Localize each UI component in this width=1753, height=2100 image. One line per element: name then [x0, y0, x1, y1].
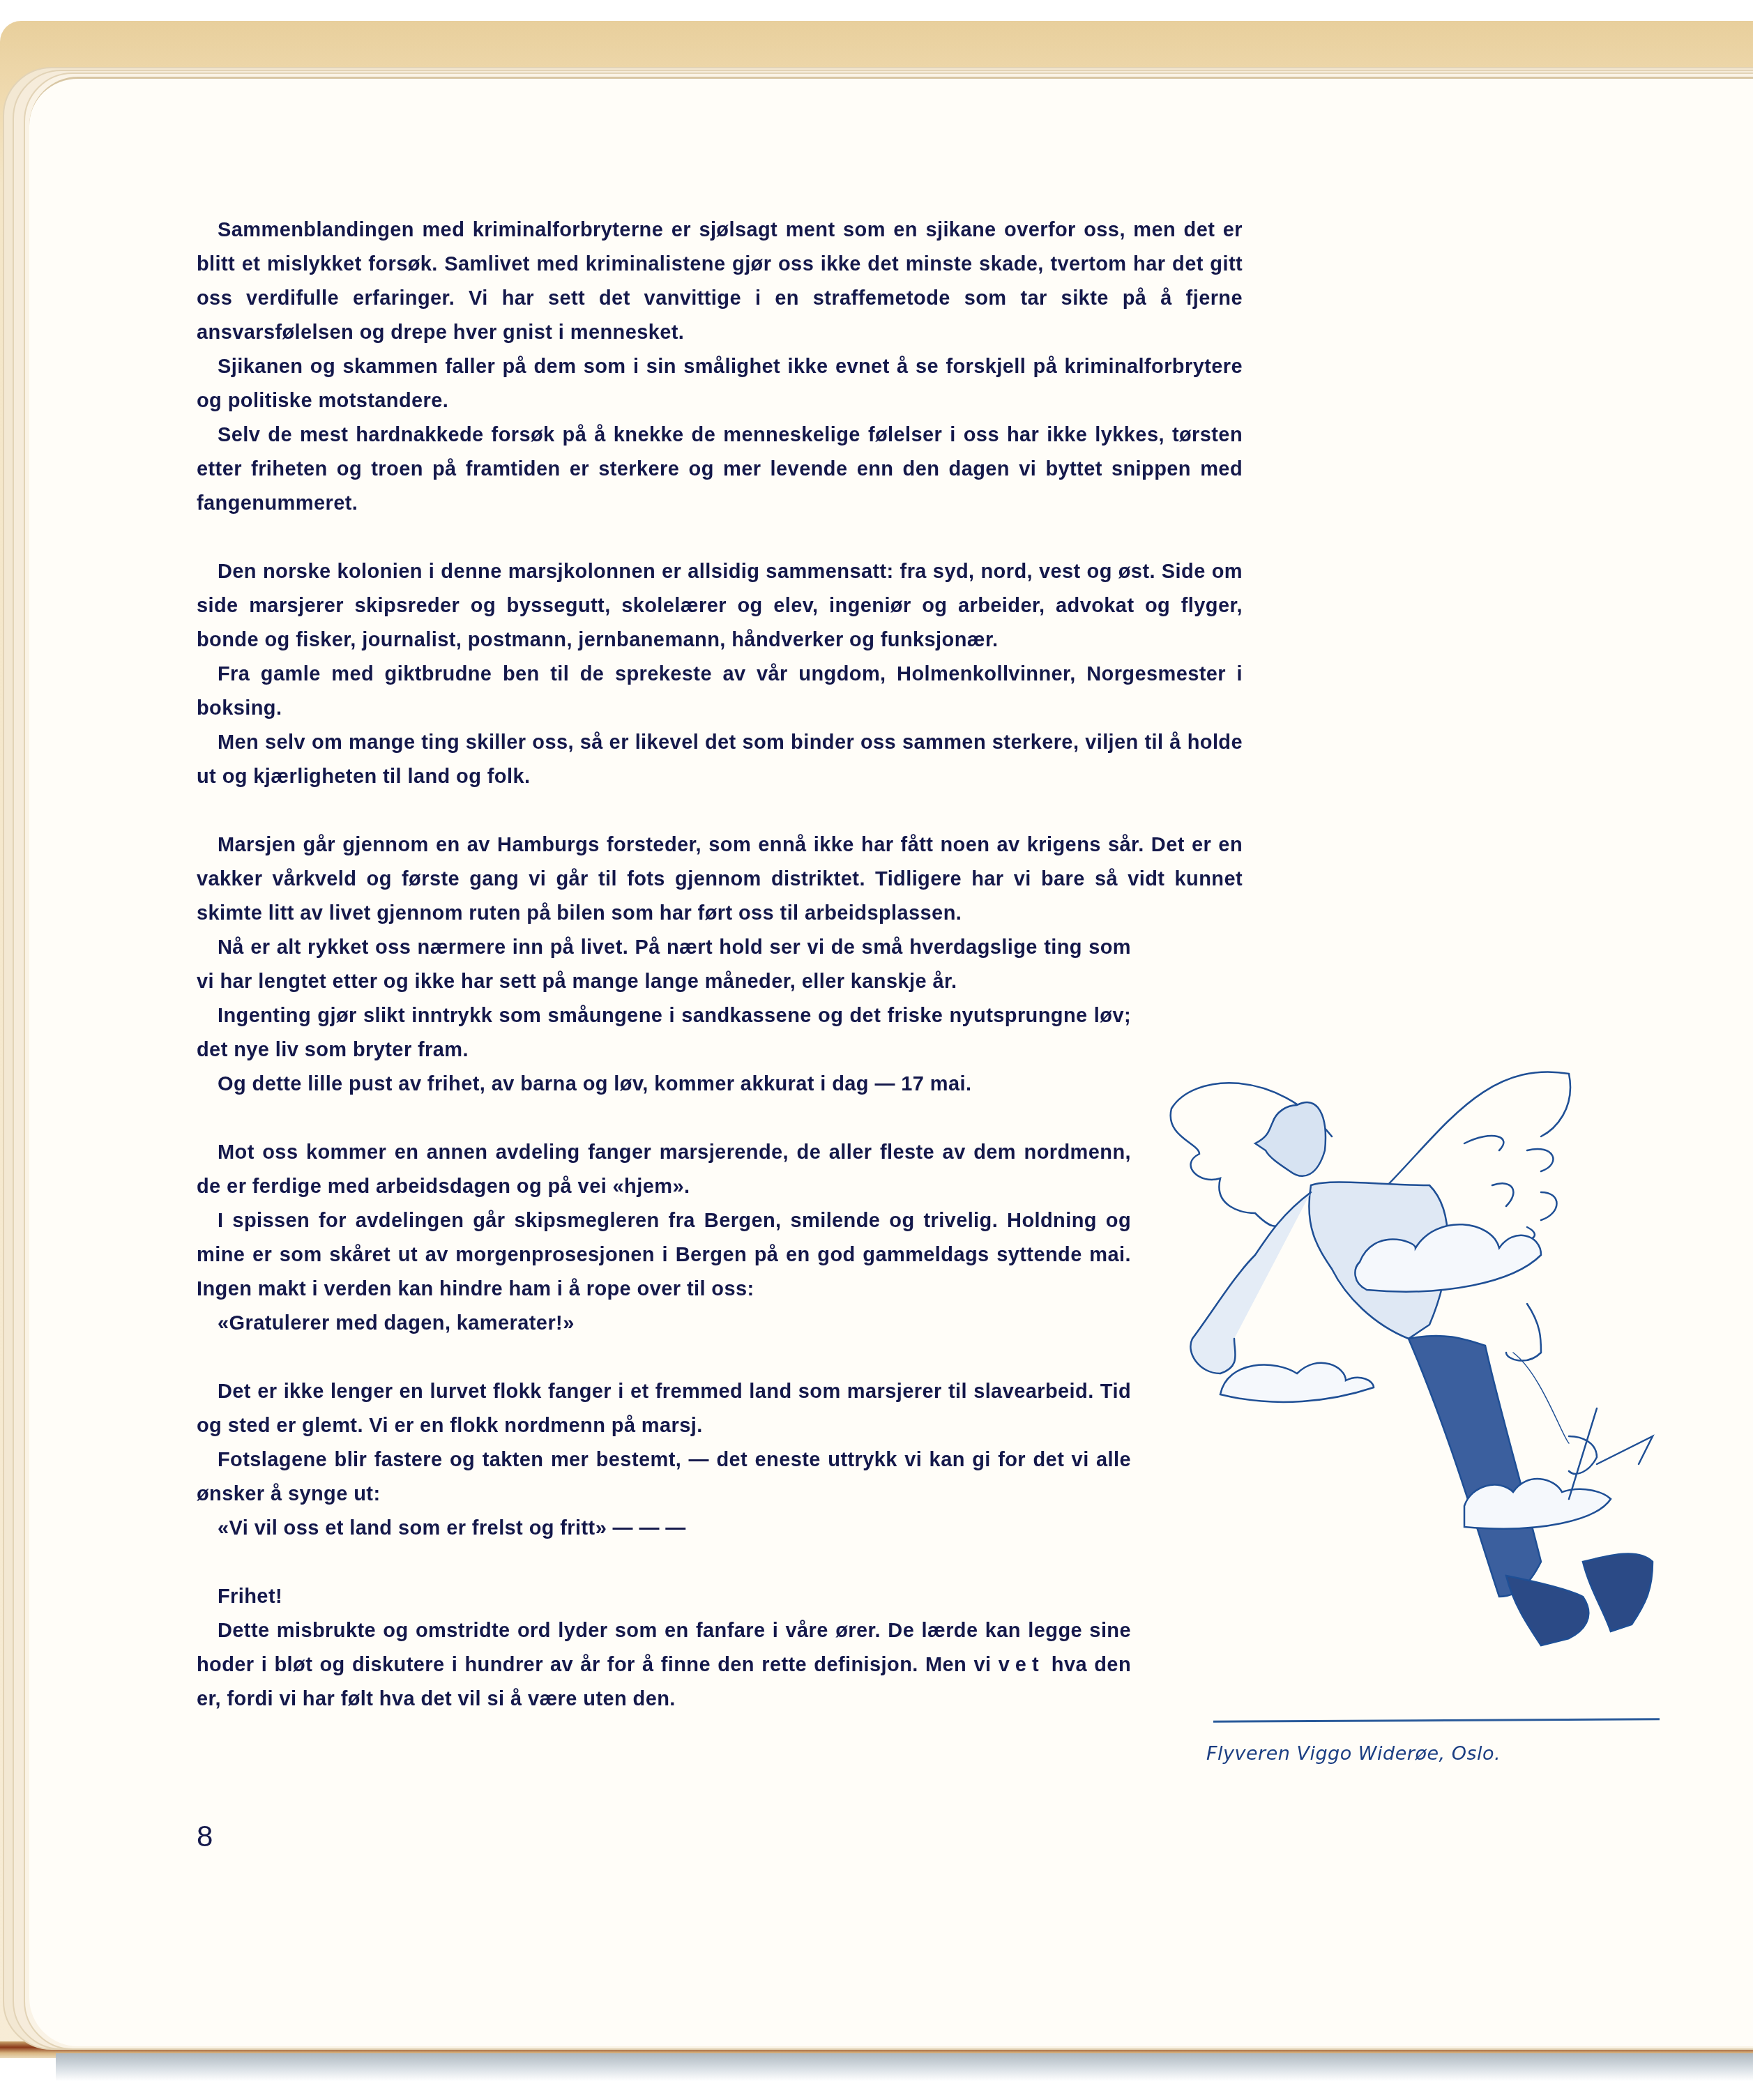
- arm-icon: [1506, 1304, 1541, 1361]
- paragraph: Dette misbrukte og omstridte ord lyder s…: [197, 1614, 1131, 1717]
- head-icon: [1255, 1102, 1326, 1176]
- cloud-icon: [1464, 1479, 1611, 1529]
- paragraph: Det er ikke lenger en lurvet flokk fange…: [197, 1375, 1131, 1443]
- aviator-illustration: [1151, 1046, 1750, 1687]
- illustration-caption: Flyveren Viggo Widerøe, Oslo.: [1206, 1743, 1501, 1765]
- boot-icon: [1506, 1576, 1588, 1645]
- airplane-icon: [1569, 1408, 1653, 1499]
- paragraph: I spissen for avdelingen går skipsmegler…: [197, 1204, 1131, 1307]
- paragraph: Fra gamle med giktbrudne ben til de spre…: [197, 657, 1243, 726]
- body-text: Sammenblandingen med kriminalforbryterne…: [197, 213, 1243, 1717]
- paragraph: Sjikanen og skammen faller på dem som i …: [197, 350, 1243, 418]
- paragraph: Ingenting gjør slikt inntrykk som småung…: [197, 999, 1131, 1067]
- arm-icon: [1190, 1192, 1311, 1374]
- tether-icon: [1513, 1353, 1569, 1443]
- paragraph: Marsjen går gjennom en av Hamburgs forst…: [197, 828, 1243, 931]
- boot-icon: [1583, 1553, 1653, 1631]
- paragraph: Selv de mest hardnakkede forsøk på å kne…: [197, 418, 1243, 521]
- scan-shadow: [56, 2053, 1753, 2081]
- paragraph: Sammenblandingen med kriminalforbryterne…: [197, 213, 1243, 350]
- paragraph: Mot oss kommer en annen avdeling fanger …: [197, 1136, 1131, 1204]
- page-number: 8: [197, 1820, 213, 1853]
- emphasis: vet: [999, 1654, 1045, 1676]
- paragraph: Og dette lille pust av frihet, av barna …: [197, 1067, 1131, 1102]
- trousers-icon: [1409, 1336, 1541, 1597]
- paragraph: Den norske kolonien i denne marsjkolonne…: [197, 555, 1243, 657]
- quote: «Vi vil oss et land som er frelst og fri…: [197, 1512, 1131, 1546]
- paragraph: Fotslagene blir fastere og takten mer be…: [197, 1443, 1131, 1512]
- exclamation: Frihet!: [197, 1580, 1131, 1614]
- quote: «Gratulerer med dagen, kamerater!»: [197, 1307, 1131, 1341]
- paragraph: Men selv om mange ting skiller oss, så e…: [197, 726, 1243, 794]
- paragraph: Nå er alt rykket oss nærmere inn på live…: [197, 931, 1131, 999]
- cloud-icon: [1220, 1363, 1374, 1402]
